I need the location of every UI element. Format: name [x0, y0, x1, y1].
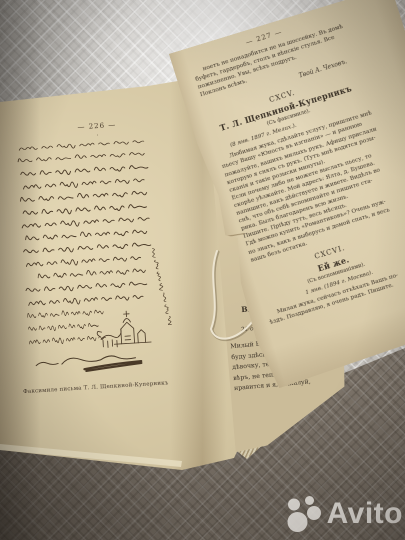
- sketch-church-and-animal: [96, 310, 151, 348]
- handwritten-facsimile: [11, 136, 185, 383]
- avito-watermark: Avito: [285, 494, 403, 534]
- signature-strikethrough: [36, 354, 142, 374]
- book-photo: — 226 — ·: [0, 0, 405, 540]
- avito-dots-icon: [285, 494, 325, 534]
- left-page: — 226 — ·: [0, 86, 217, 457]
- watermark-brand-text: Avito: [327, 497, 403, 531]
